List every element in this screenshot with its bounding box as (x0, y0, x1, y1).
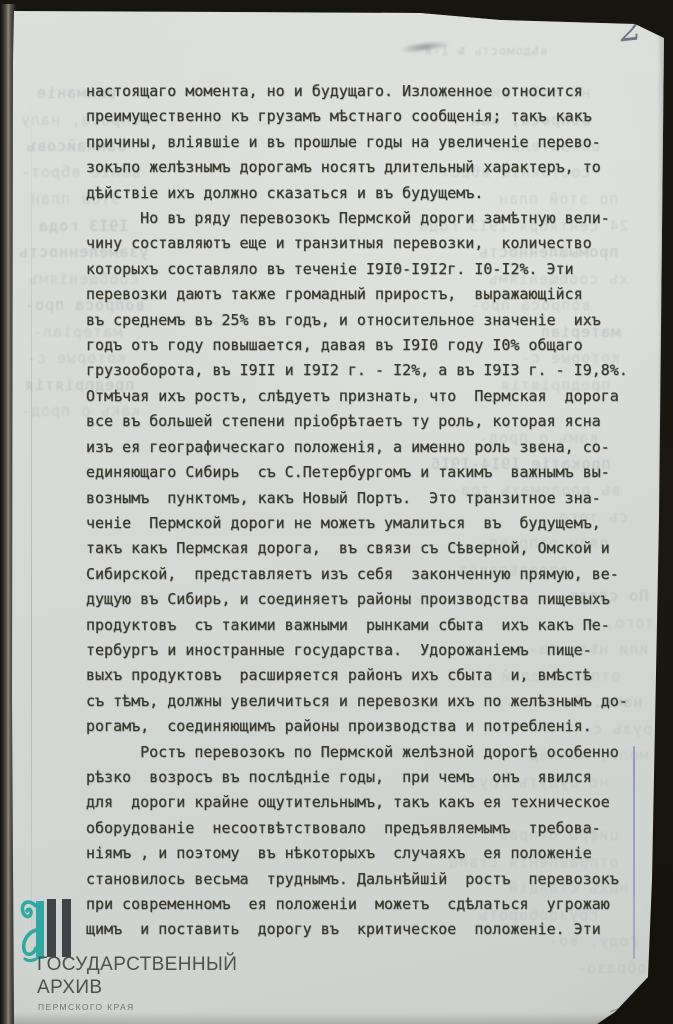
watermark-title: ГОСУДАРСТВЕННЫЙ (37, 954, 237, 976)
archive-logo-icon (20, 898, 46, 962)
margin-mark-line (633, 746, 635, 959)
paper-crease (31, 90, 32, 990)
watermark-subtitle: ПЕРМСКОГО КРАЯ (38, 1002, 135, 1012)
watermark-title-2: АРХИВ (37, 977, 103, 999)
photo-background: вѣдомость № I-я вниманіе вопроса, налу б… (0, 0, 673, 1024)
archive-watermark: ГОСУДАРСТВЕННЫЙ АРХИВ ПЕРМСКОГО КРАЯ (20, 896, 250, 1018)
logo-bar (62, 899, 71, 957)
pencil-smudge (398, 39, 451, 55)
corner-fold-line (610, 991, 665, 1013)
bleedthrough-text: образо- (576, 959, 646, 977)
corner-fold-line (624, 1006, 661, 1014)
typewritten-text: настоящаго момента, но и будущаго. Излож… (86, 79, 646, 943)
document-page: вѣдомость № I-я вниманіе вопроса, налу б… (0, 0, 673, 1024)
logo-bar (47, 899, 56, 957)
page-number: 2 (618, 6, 669, 59)
